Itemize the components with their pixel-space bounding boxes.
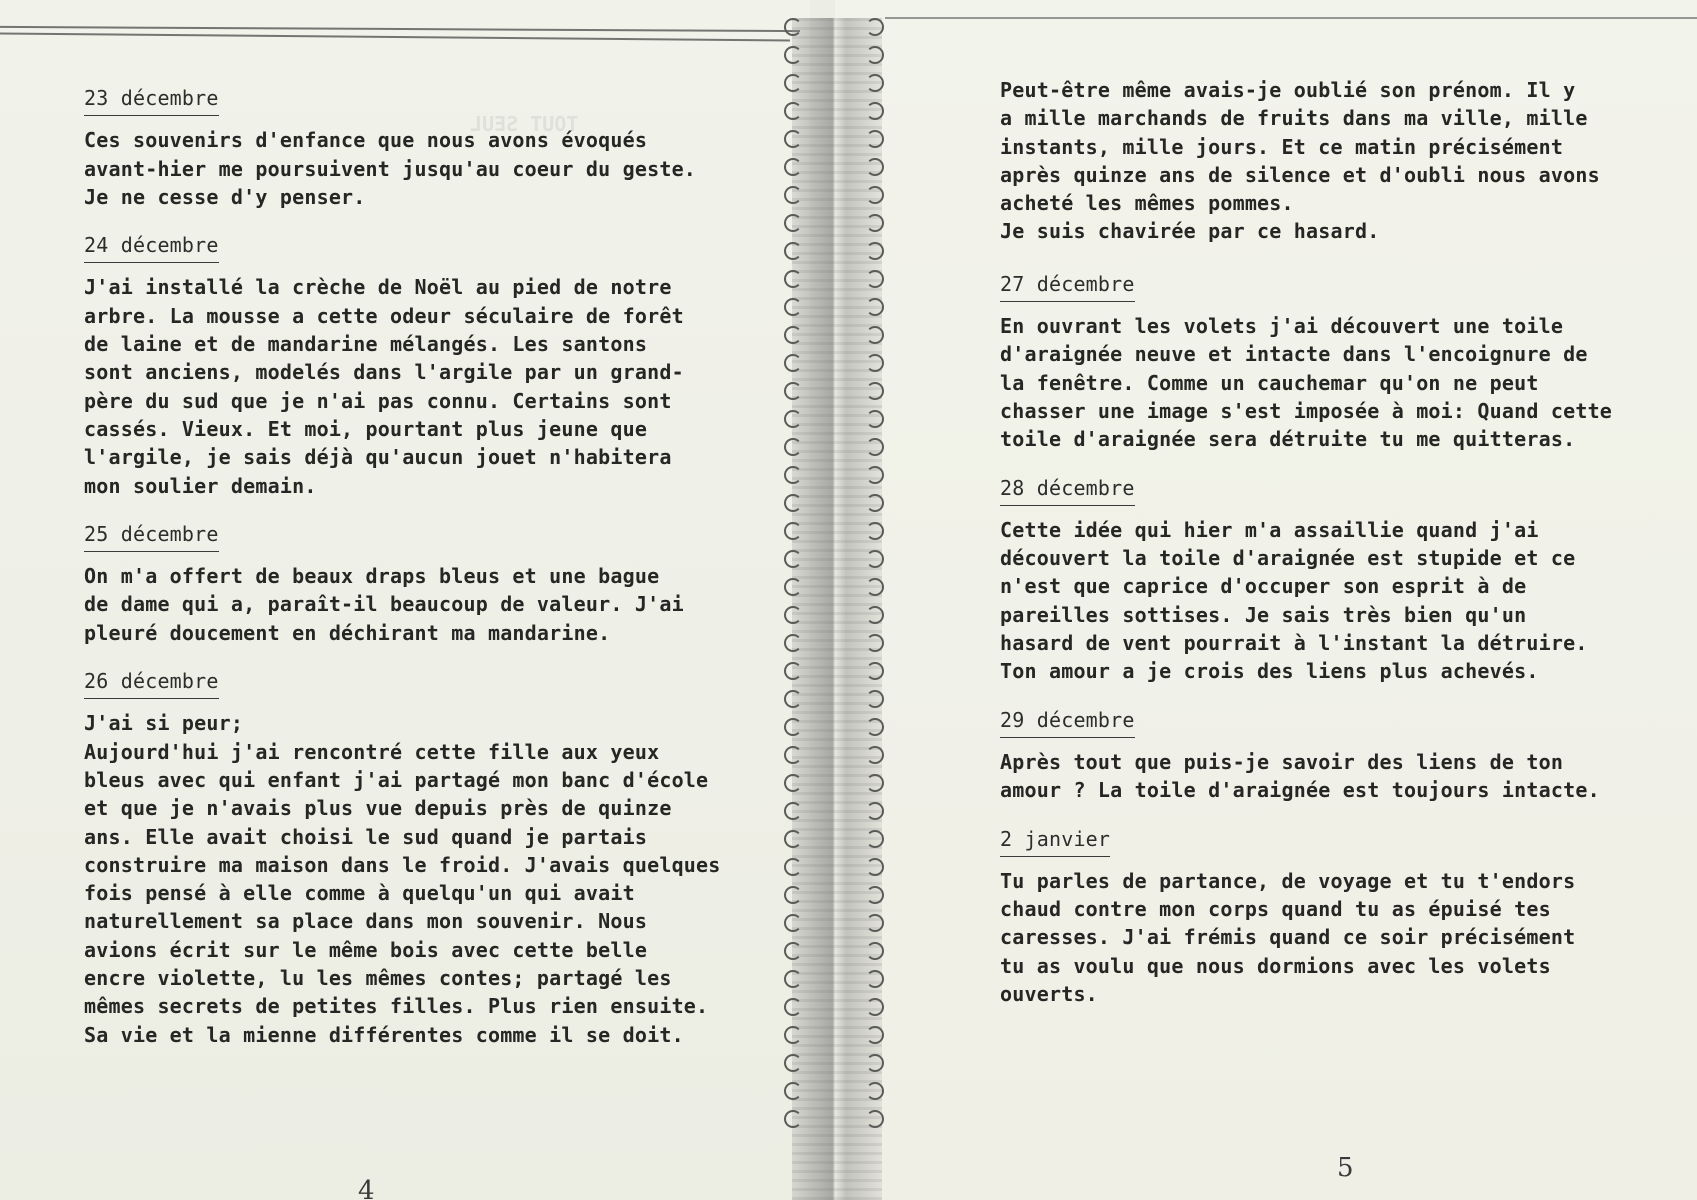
binding-ring — [784, 942, 802, 960]
diary-entry: 23 décembre Ces souvenirs d'enfance que … — [84, 84, 784, 211]
binding-ring — [784, 802, 802, 820]
binding-ring — [866, 746, 884, 764]
binding-ring — [784, 326, 802, 344]
binding-ring — [784, 606, 802, 624]
diary-entry: 27 décembre En ouvrant les volets j'ai d… — [1000, 270, 1690, 454]
binding-ring — [784, 690, 802, 708]
binding-ring — [784, 830, 802, 848]
binding-ring — [784, 130, 802, 148]
binding-ring — [866, 886, 884, 904]
binding-ring — [784, 970, 802, 988]
binding-ring — [866, 1026, 884, 1044]
binding-ring — [784, 102, 802, 120]
binding-rings-right — [866, 18, 892, 1200]
diary-entry: 28 décembre Cette idée qui hier m'a assa… — [1000, 474, 1690, 686]
entry-text: Après tout que puis-je savoir des liens … — [1000, 748, 1690, 805]
page-top-edge-inner — [0, 33, 790, 42]
binding-ring — [866, 914, 884, 932]
binding-ring — [866, 102, 884, 120]
binding-ring — [784, 410, 802, 428]
binding-ring — [784, 214, 802, 232]
binding-ring — [866, 998, 884, 1016]
binding-ring — [866, 242, 884, 260]
entry-date: 25 décembre — [84, 520, 219, 552]
page-top-edge — [0, 26, 800, 32]
binding-spine — [792, 18, 882, 1200]
binding-ring — [866, 494, 884, 512]
binding-ring — [784, 186, 802, 204]
entry-text: En ouvrant les volets j'ai découvert une… — [1000, 312, 1690, 453]
binding-ring — [784, 858, 802, 876]
entry-date: 28 décembre — [1000, 474, 1135, 506]
binding-ring — [866, 970, 884, 988]
binding-ring — [866, 718, 884, 736]
left-page: TOUT SEUL 23 décembre Ces souvenirs d'en… — [0, 0, 810, 1200]
binding-ring — [866, 438, 884, 456]
binding-ring — [866, 690, 884, 708]
diary-entry: 25 décembre On m'a offert de beaux draps… — [84, 520, 784, 647]
binding-ring — [784, 382, 802, 400]
diary-entry: 24 décembre J'ai installé la crèche de N… — [84, 231, 784, 500]
binding-ring — [866, 186, 884, 204]
binding-ring — [784, 1110, 802, 1128]
booklet-spread: TOUT SEUL 23 décembre Ces souvenirs d'en… — [0, 0, 1697, 1200]
binding-ring — [866, 410, 884, 428]
binding-ring — [784, 634, 802, 652]
entry-date: 23 décembre — [84, 84, 219, 116]
binding-ring — [866, 130, 884, 148]
binding-rings-left — [784, 18, 810, 1200]
binding-ring — [784, 662, 802, 680]
binding-ring — [866, 1110, 884, 1128]
binding-ring — [784, 998, 802, 1016]
binding-ring — [784, 438, 802, 456]
binding-ring — [866, 1054, 884, 1072]
diary-entry-continued: Peut-être même avais-je oublié son préno… — [1000, 76, 1690, 246]
binding-ring — [866, 830, 884, 848]
binding-ring — [866, 74, 884, 92]
binding-ring — [866, 550, 884, 568]
binding-ring — [866, 802, 884, 820]
binding-ring — [866, 270, 884, 288]
binding-ring — [784, 466, 802, 484]
binding-ring — [784, 18, 802, 36]
diary-entry: 2 janvier Tu parles de partance, de voya… — [1000, 825, 1690, 1009]
entry-text: J'ai si peur; Aujourd'hui j'ai rencontré… — [84, 709, 784, 1049]
binding-ring — [784, 1054, 802, 1072]
binding-ring — [784, 774, 802, 792]
entry-text: Cette idée qui hier m'a assaillie quand … — [1000, 516, 1690, 686]
diary-entry: 26 décembre J'ai si peur; Aujourd'hui j'… — [84, 667, 784, 1049]
binding-ring — [784, 578, 802, 596]
binding-ring — [866, 1082, 884, 1100]
entry-date: 29 décembre — [1000, 706, 1135, 738]
page-number: 5 — [1337, 1153, 1354, 1183]
binding-ring — [784, 494, 802, 512]
binding-ring — [784, 46, 802, 64]
entry-date: 27 décembre — [1000, 270, 1135, 302]
binding-ring — [866, 214, 884, 232]
binding-ring — [784, 914, 802, 932]
binding-ring — [866, 466, 884, 484]
binding-ring — [784, 718, 802, 736]
binding-ring — [784, 746, 802, 764]
binding-ring — [866, 606, 884, 624]
entry-date: 2 janvier — [1000, 825, 1110, 857]
entry-text: On m'a offert de beaux draps bleus et un… — [84, 562, 784, 647]
binding-ring — [866, 858, 884, 876]
entry-text: Tu parles de partance, de voyage et tu t… — [1000, 867, 1690, 1008]
entry-text: Peut-être même avais-je oublié son préno… — [1000, 76, 1690, 246]
binding-ring — [784, 354, 802, 372]
right-column: Peut-être même avais-je oublié son préno… — [1000, 76, 1690, 1028]
binding-ring — [866, 326, 884, 344]
binding-ring — [784, 242, 802, 260]
binding-ring — [866, 18, 884, 36]
binding-ring — [866, 354, 884, 372]
entry-text: Ces souvenirs d'enfance que nous avons é… — [84, 126, 784, 211]
binding-ring — [784, 522, 802, 540]
binding-ring — [784, 550, 802, 568]
binding-ring — [866, 774, 884, 792]
page-top-edge — [885, 17, 1697, 19]
binding-ring — [866, 298, 884, 316]
entry-text: J'ai installé la crèche de Noël au pied … — [84, 273, 784, 499]
binding-ring — [866, 942, 884, 960]
binding-ring — [784, 74, 802, 92]
binding-ring — [866, 662, 884, 680]
binding-ring — [866, 578, 884, 596]
page-number: 4 — [358, 1176, 375, 1200]
binding-ring — [866, 634, 884, 652]
entry-date: 26 décembre — [84, 667, 219, 699]
binding-ring — [866, 382, 884, 400]
diary-entry: 29 décembre Après tout que puis-je savoi… — [1000, 706, 1690, 805]
binding-ring — [784, 298, 802, 316]
entry-date: 24 décembre — [84, 231, 219, 263]
binding-ring — [784, 1026, 802, 1044]
left-column: 23 décembre Ces souvenirs d'enfance que … — [84, 84, 784, 1069]
binding-ring — [784, 158, 802, 176]
binding-ring — [784, 886, 802, 904]
binding-ring — [866, 158, 884, 176]
binding-ring — [784, 1082, 802, 1100]
right-page: Peut-être même avais-je oublié son préno… — [835, 0, 1697, 1200]
binding-ring — [784, 270, 802, 288]
binding-ring — [866, 46, 884, 64]
binding-ring — [866, 522, 884, 540]
